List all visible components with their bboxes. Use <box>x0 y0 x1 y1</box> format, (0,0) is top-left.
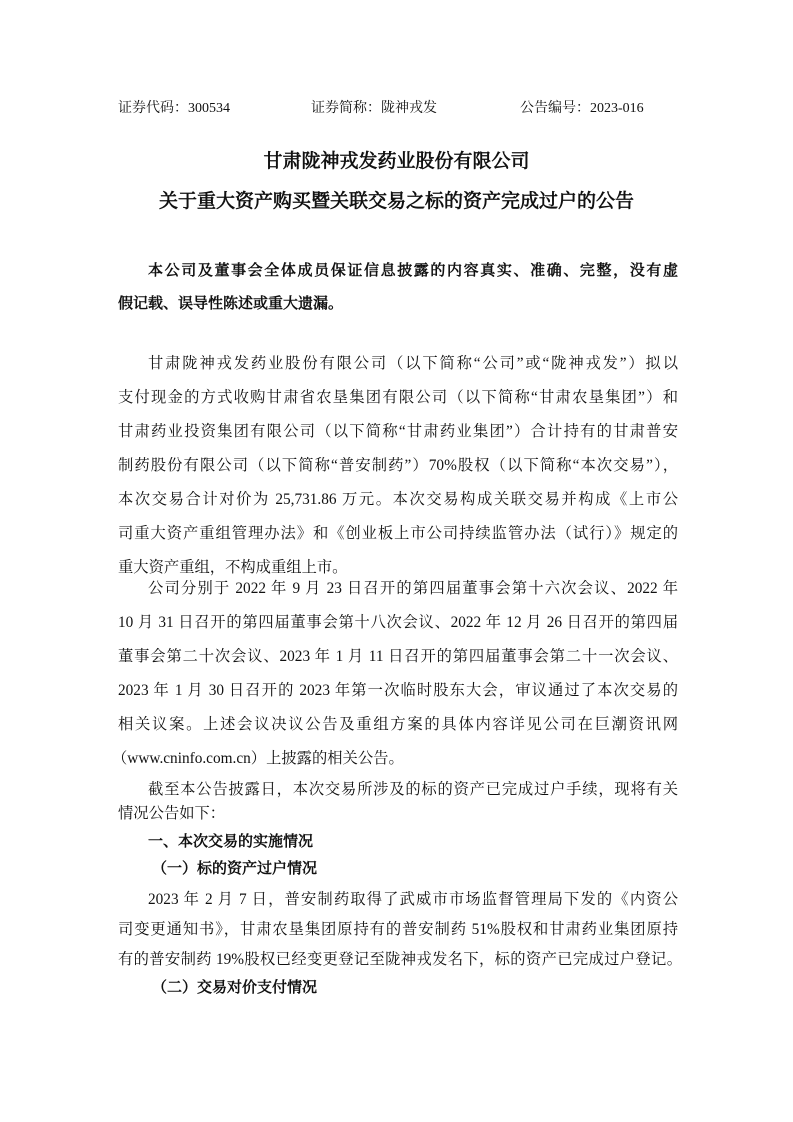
paragraph-line: 相关议案。上述会议决议公告及重组方案的具体内容详见公司在巨潮资讯网 <box>118 712 678 734</box>
stock-name: 证券简称：陇神戎发 <box>311 97 437 117</box>
paragraph-line: 2023 年 1 月 30 日召开的 2023 年第一次临时股东大会，审议通过了… <box>118 678 678 700</box>
paragraph-line: 甘肃药业投资集团有限公司（以下简称“甘肃药业集团”）合计持有的甘肃普安 <box>118 419 678 441</box>
statement-line: 假记载、误导性陈述或重大遗漏。 <box>118 292 343 313</box>
paragraph-line: 10 月 31 日召开的第四届董事会第十八次会议、2022 年 12 月 26 … <box>118 610 678 632</box>
announcement-title: 关于重大资产购买暨关联交易之标的资产完成过户的公告 <box>0 186 793 213</box>
paragraph-line: 公司分别于 2022 年 9 月 23 日召开的第四届董事会第十六次会议、202… <box>148 576 678 598</box>
paragraph-line: 重大资产重组，不构成重组上市。 <box>118 555 347 577</box>
paragraph-line: 甘肃陇神戎发药业股份有限公司（以下简称“公司”或“陇神戎发”）拟以 <box>148 351 678 373</box>
subsection-heading-asset-transfer: （一）标的资产过户情况 <box>152 857 317 878</box>
company-title: 甘肃陇神戎发药业股份有限公司 <box>0 146 793 173</box>
announcement-number: 公告编号：2023-016 <box>520 97 644 117</box>
document-page: 证券代码：300534 证券简称：陇神戎发 公告编号：2023-016 甘肃陇神… <box>0 0 793 1122</box>
paragraph-line: 截至本公告披露日，本次交易所涉及的标的资产已完成过户手续，现将有关 <box>148 777 678 799</box>
paragraph-line: 有的普安制药 19%股权已经变更登记至陇神戎发名下，标的资产已完成过户登记。 <box>118 947 682 969</box>
subsection-heading-payment: （二）交易对价支付情况 <box>152 976 317 997</box>
paragraph-line: 本次交易合计对价为 25,731.86 万元。本次交易构成关联交易并构成《上市公 <box>118 487 678 509</box>
paragraph-line: 2023 年 2 月 7 日，普安制药取得了武威市市场监督管理局下发的《内资公 <box>148 887 678 909</box>
paragraph-line: 董事会第二十次会议、2023 年 1 月 11 日召开的第四届董事会第二十一次会… <box>118 644 678 666</box>
statement-line: 本公司及董事会全体成员保证信息披露的内容真实、准确、完整，没有虚 <box>148 259 678 280</box>
paragraph-line: 支付现金的方式收购甘肃省农垦集团有限公司（以下简称“甘肃农垦集团”）和 <box>118 385 678 407</box>
stock-code: 证券代码：300534 <box>118 97 230 117</box>
paragraph-line: 情况公告如下： <box>118 801 225 823</box>
paragraph-line: （www.cninfo.com.cn）上披露的相关公告。 <box>112 746 404 768</box>
paragraph-line: 制药股份有限公司（以下简称“普安制药”）70%股权（以下简称“本次交易”）， <box>118 453 678 475</box>
paragraph-line: 司重大资产重组管理办法》和《创业板上市公司持续监管办法（试行）》规定的 <box>118 521 678 543</box>
section-heading-implementation: 一、本次交易的实施情况 <box>148 830 313 851</box>
document-header: 证券代码：300534 证券简称：陇神戎发 公告编号：2023-016 <box>118 97 678 119</box>
paragraph-line: 司变更通知书》，甘肃农垦集团原持有的普安制药 51%股权和甘肃药业集团原持 <box>118 917 678 939</box>
